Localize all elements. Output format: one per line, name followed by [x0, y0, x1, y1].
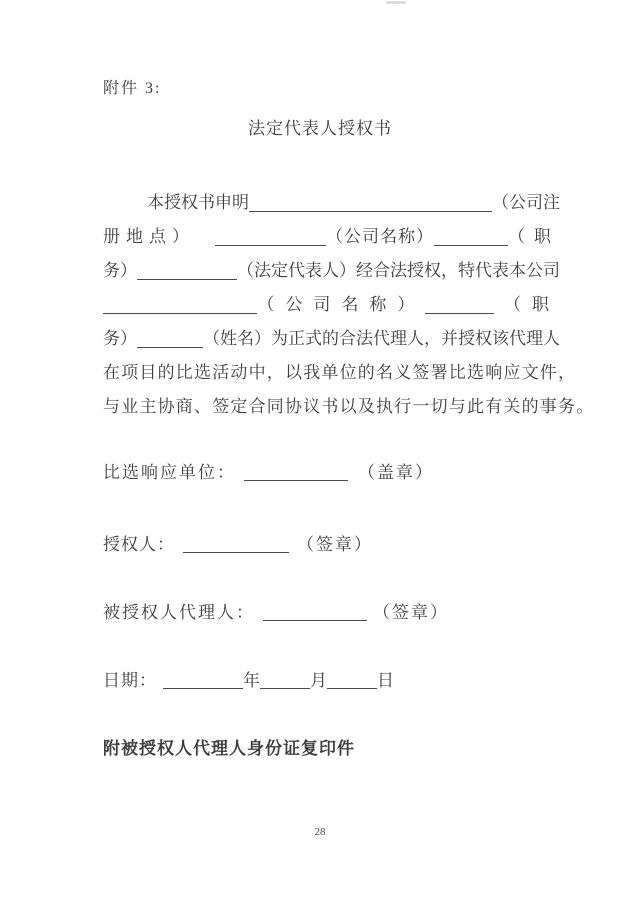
page-number: 28 — [0, 826, 640, 838]
text-segment: （公司名称） — [326, 220, 434, 254]
para-line-4: （公司名称）（职 — [103, 288, 560, 322]
text-segment: 本授权书申明 — [147, 186, 249, 220]
text-segment: （盖章） — [358, 463, 434, 482]
text-segment: （公司名称） — [257, 288, 425, 322]
blank-field — [263, 620, 367, 621]
text-segment: 比选响应单位： — [103, 463, 236, 482]
blank-field — [244, 480, 348, 481]
para-line-5: 务）（姓名）为正式的合法代理人，并授权该代理人 — [103, 322, 560, 356]
text-segment: （签章） — [373, 603, 449, 622]
blank-field — [183, 552, 289, 553]
text-segment: 与业主协商、签定合同协议书以及执行一切与此有关的事务。 — [103, 390, 594, 424]
attachment-label: 附件 3: — [103, 77, 161, 101]
text-segment: 授权人： — [103, 535, 175, 554]
text-segment: 日期： — [103, 671, 157, 690]
para-line-7: 与业主协商、签定合同协议书以及执行一切与此有关的事务。 — [103, 390, 560, 424]
text-segment: 日 — [377, 671, 394, 690]
text-segment: （职 — [504, 288, 560, 322]
bid-response-unit-row: 比选响应单位：（盖章） — [103, 461, 434, 485]
authorizer-row: 授权人：（签章） — [103, 533, 373, 557]
text-segment: （职 — [508, 220, 560, 254]
scan-artifact — [386, 1, 406, 4]
blank-field — [103, 313, 257, 314]
para-line-1: 本授权书申明（公司注 — [103, 186, 560, 220]
para-line-6: 在项目的比选活动中，以我单位的名义签署比选响应文件， — [103, 356, 560, 390]
document-page: 附件 3: 法定代表人授权书 本授权书申明（公司注册地点）（公司名称）（职务）（… — [0, 0, 640, 905]
text-segment: 月 — [310, 671, 327, 690]
document-title: 法定代表人授权书 — [0, 117, 640, 141]
text-segment: （法定代表人）经合法授权，特代表本公司 — [237, 254, 560, 288]
authorization-paragraph: 本授权书申明（公司注册地点）（公司名称）（职务）（法定代表人）经合法授权，特代表… — [103, 186, 560, 424]
text-segment: （姓名）为正式的合法代理人，并授权该代理人 — [203, 322, 560, 356]
blank-field — [425, 313, 494, 314]
blank-field — [249, 211, 492, 212]
date-row: 日期：年月日 — [103, 669, 394, 693]
para-line-2: 册地点）（公司名称）（职 — [103, 220, 560, 254]
footer-note: 附被授权人代理人身份证复印件 — [103, 737, 355, 761]
text-segment: 年 — [243, 671, 260, 690]
text-segment: 册地点） — [103, 220, 195, 254]
authorized-agent-row: 被授权人代理人：（签章） — [103, 601, 449, 625]
text-segment: 务） — [103, 322, 137, 356]
text-segment: （公司注 — [492, 186, 560, 220]
text-segment: 被授权人代理人： — [103, 603, 255, 622]
text-segment: （签章） — [297, 535, 373, 554]
para-line-3: 务）（法定代表人）经合法授权，特代表本公司 — [103, 254, 560, 288]
blank-field — [215, 245, 326, 246]
blank-field — [327, 688, 377, 689]
text-segment: 务） — [103, 254, 137, 288]
blank-field — [137, 347, 203, 348]
text-segment: 在项目的比选活动中，以我单位的名义签署比选响应文件， — [103, 356, 576, 390]
blank-field — [260, 688, 310, 689]
blank-field — [137, 279, 237, 280]
blank-field — [163, 688, 243, 689]
blank-field — [434, 245, 508, 246]
